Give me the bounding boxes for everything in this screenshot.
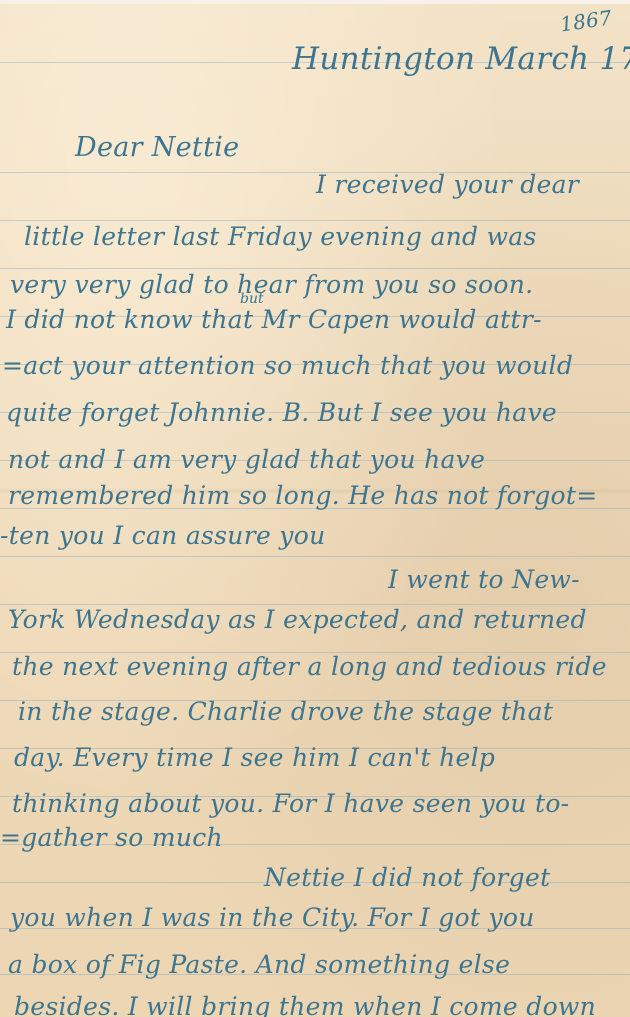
letter-line: quite forget Johnnie. B. But I see you h… bbox=[6, 398, 557, 428]
letter-line: =gather so much bbox=[0, 823, 223, 853]
letter-page: 1867 Huntington March 17. Dear Nettie I … bbox=[0, 0, 630, 1017]
letter-line: the next evening after a long and tediou… bbox=[12, 652, 607, 682]
letter-line: little letter last Friday evening and wa… bbox=[24, 222, 537, 252]
letter-line: Nettie I did not forget bbox=[264, 863, 550, 893]
letter-line: -ten you I can assure you bbox=[0, 521, 325, 551]
letter-line: in the stage. Charlie drove the stage th… bbox=[18, 697, 553, 727]
letter-line: thinking about you. For I have seen you … bbox=[12, 789, 569, 819]
letter-line: very very glad to hear from you so soon. bbox=[10, 270, 533, 300]
letter-line: I did not know that Mr Capen would attr- bbox=[6, 305, 542, 335]
letter-greeting: Dear Nettie bbox=[75, 133, 239, 163]
letter-line: besides. I will bring them when I come d… bbox=[14, 992, 596, 1017]
letter-line: day. Every time I see him I can't help bbox=[14, 743, 495, 773]
ruled-line bbox=[0, 268, 630, 269]
letter-line: not and I am very glad that you have bbox=[8, 445, 485, 475]
letter-year: 1867 bbox=[558, 3, 614, 40]
letter-line: I received your dear bbox=[316, 170, 579, 200]
letter-line: =act your attention so much that you wou… bbox=[2, 351, 573, 381]
letter-line: a box of Fig Paste. And something else bbox=[8, 950, 510, 980]
paper-top-edge bbox=[0, 0, 630, 4]
letter-line: York Wednesday as I expected, and return… bbox=[8, 605, 587, 635]
letter-line: remembered him so long. He has not forgo… bbox=[8, 481, 597, 511]
ruled-line bbox=[0, 556, 630, 557]
letter-place-date: Huntington March 17. bbox=[292, 44, 630, 74]
ruled-line bbox=[0, 220, 630, 221]
letter-line: you when I was in the City. For I got yo… bbox=[10, 903, 535, 933]
letter-line: I went to New- bbox=[388, 565, 580, 595]
